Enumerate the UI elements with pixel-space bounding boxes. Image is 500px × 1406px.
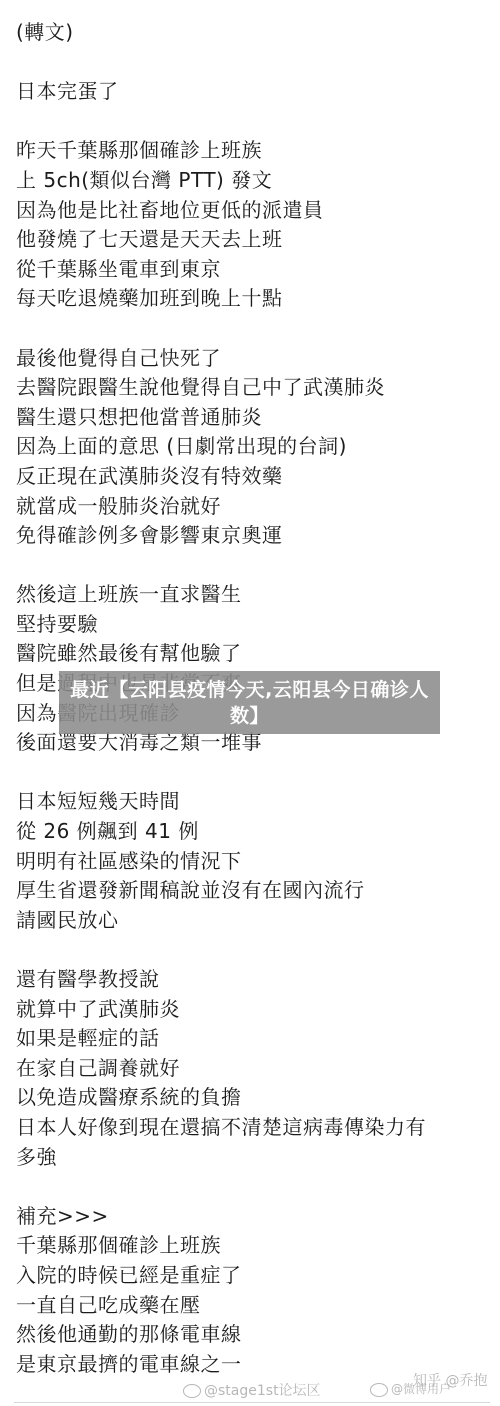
- watermark-weibo-1: @stage1st论坛区: [183, 1380, 321, 1400]
- overlay-title: 最近【云阳县疫情今天,云阳县今日确诊人数】: [59, 677, 440, 729]
- text-line: 日本短短幾天時間: [16, 787, 490, 817]
- text-line: 最後他覺得自己快死了: [16, 344, 490, 374]
- text-line: 還有醫學教授說: [16, 965, 490, 995]
- spacer: [16, 48, 490, 78]
- text-line: 他發燒了七天還是天天去上班: [16, 225, 490, 255]
- headline: 日本完蛋了: [16, 77, 490, 107]
- weibo-icon: [370, 1383, 388, 1397]
- text-line: 一直自己吃成藥在壓: [16, 1291, 490, 1321]
- paragraph-5: 還有醫學教授說 就算中了武漢肺炎 如果是輕症的話 在家自己調養就好 以免造成醫療…: [16, 965, 490, 1172]
- watermark-weibo-2: @微博用户: [370, 1380, 451, 1397]
- text-line: 千葉縣那個確診上班族: [16, 1231, 490, 1261]
- text-line: 從千葉縣坐電車到東京: [16, 255, 490, 285]
- text-line: 日本人好像到現在還搞不清楚這病毒傳染力有: [16, 1113, 490, 1143]
- text-line: 免得確診例多會影響東京奧運: [16, 521, 490, 551]
- text-line: 請國民放心: [16, 906, 490, 936]
- text-line: 昨天千葉縣那個確診上班族: [16, 136, 490, 166]
- watermark-weibo-2-text: @微博用户: [391, 1382, 451, 1396]
- paragraph-2: 最後他覺得自己快死了 去醫院跟醫生說他覺得自己中了武漢肺炎 醫生還只想把他當普通…: [16, 344, 490, 551]
- text-line: 如果是輕症的話: [16, 1024, 490, 1054]
- title-overlay-banner: 最近【云阳县疫情今天,云阳县今日确诊人数】: [59, 671, 440, 734]
- text-line: 反正現在武漢肺炎沒有特效藥: [16, 462, 490, 492]
- spacer: [16, 935, 490, 965]
- text-line: 入院的時候已經是重症了: [16, 1261, 490, 1291]
- weibo-icon: [183, 1384, 201, 1398]
- text-line: 以免造成醫療系統的負擔: [16, 1083, 490, 1113]
- text-line: 然後這上班族一直求醫生: [16, 580, 490, 610]
- text-line: 明明有社區感染的情況下: [16, 847, 490, 877]
- text-line: 然後他通勤的那條電車線: [16, 1320, 490, 1350]
- spacer: [16, 758, 490, 788]
- spacer: [16, 107, 490, 137]
- repost-label: (轉文): [16, 18, 490, 48]
- text-line: 就當成一般肺炎治就好: [16, 492, 490, 522]
- spacer: [16, 1172, 490, 1202]
- text-line: 從 26 例飆到 41 例: [16, 817, 490, 847]
- text-line: 厚生省還發新聞稿說並沒有在國內流行: [16, 876, 490, 906]
- text-line: 上 5ch(類似台灣 PTT) 發文: [16, 166, 490, 196]
- text-line: 多強: [16, 1143, 490, 1173]
- text-line: 就算中了武漢肺炎: [16, 995, 490, 1025]
- text-line: 去醫院跟醫生說他覺得自己中了武漢肺炎: [16, 373, 490, 403]
- text-line: 在家自己調養就好: [16, 1054, 490, 1084]
- text-line: 醫院雖然最後有幫他驗了: [16, 639, 490, 669]
- text-line: 醫生還只想把他當普通肺炎: [16, 403, 490, 433]
- text-line: 因為上面的意思 (日劇常出現的台詞): [16, 432, 490, 462]
- paragraph-6: 補充>>> 千葉縣那個確診上班族 入院的時候已經是重症了 一直自己吃成藥在壓 然…: [16, 1202, 490, 1380]
- paragraph-1: 昨天千葉縣那個確診上班族 上 5ch(類似台灣 PTT) 發文 因為他是比社畜地…: [16, 136, 490, 314]
- spacer: [16, 314, 490, 344]
- bottom-divider: [14, 1402, 490, 1403]
- spacer: [16, 551, 490, 581]
- text-line: 每天吃退燒藥加班到晚上十點: [16, 284, 490, 314]
- paragraph-4: 日本短短幾天時間 從 26 例飆到 41 例 明明有社區感染的情況下 厚生省還發…: [16, 787, 490, 935]
- watermark-weibo-1-text: @stage1st论坛区: [204, 1383, 321, 1399]
- watermarks: @stage1st论坛区 知乎 @乔抱 @微博用户: [0, 1378, 500, 1400]
- text-line: 因為他是比社畜地位更低的派遣員: [16, 196, 490, 226]
- text-line: 堅持要驗: [16, 610, 490, 640]
- text-line: 補充>>>: [16, 1202, 490, 1232]
